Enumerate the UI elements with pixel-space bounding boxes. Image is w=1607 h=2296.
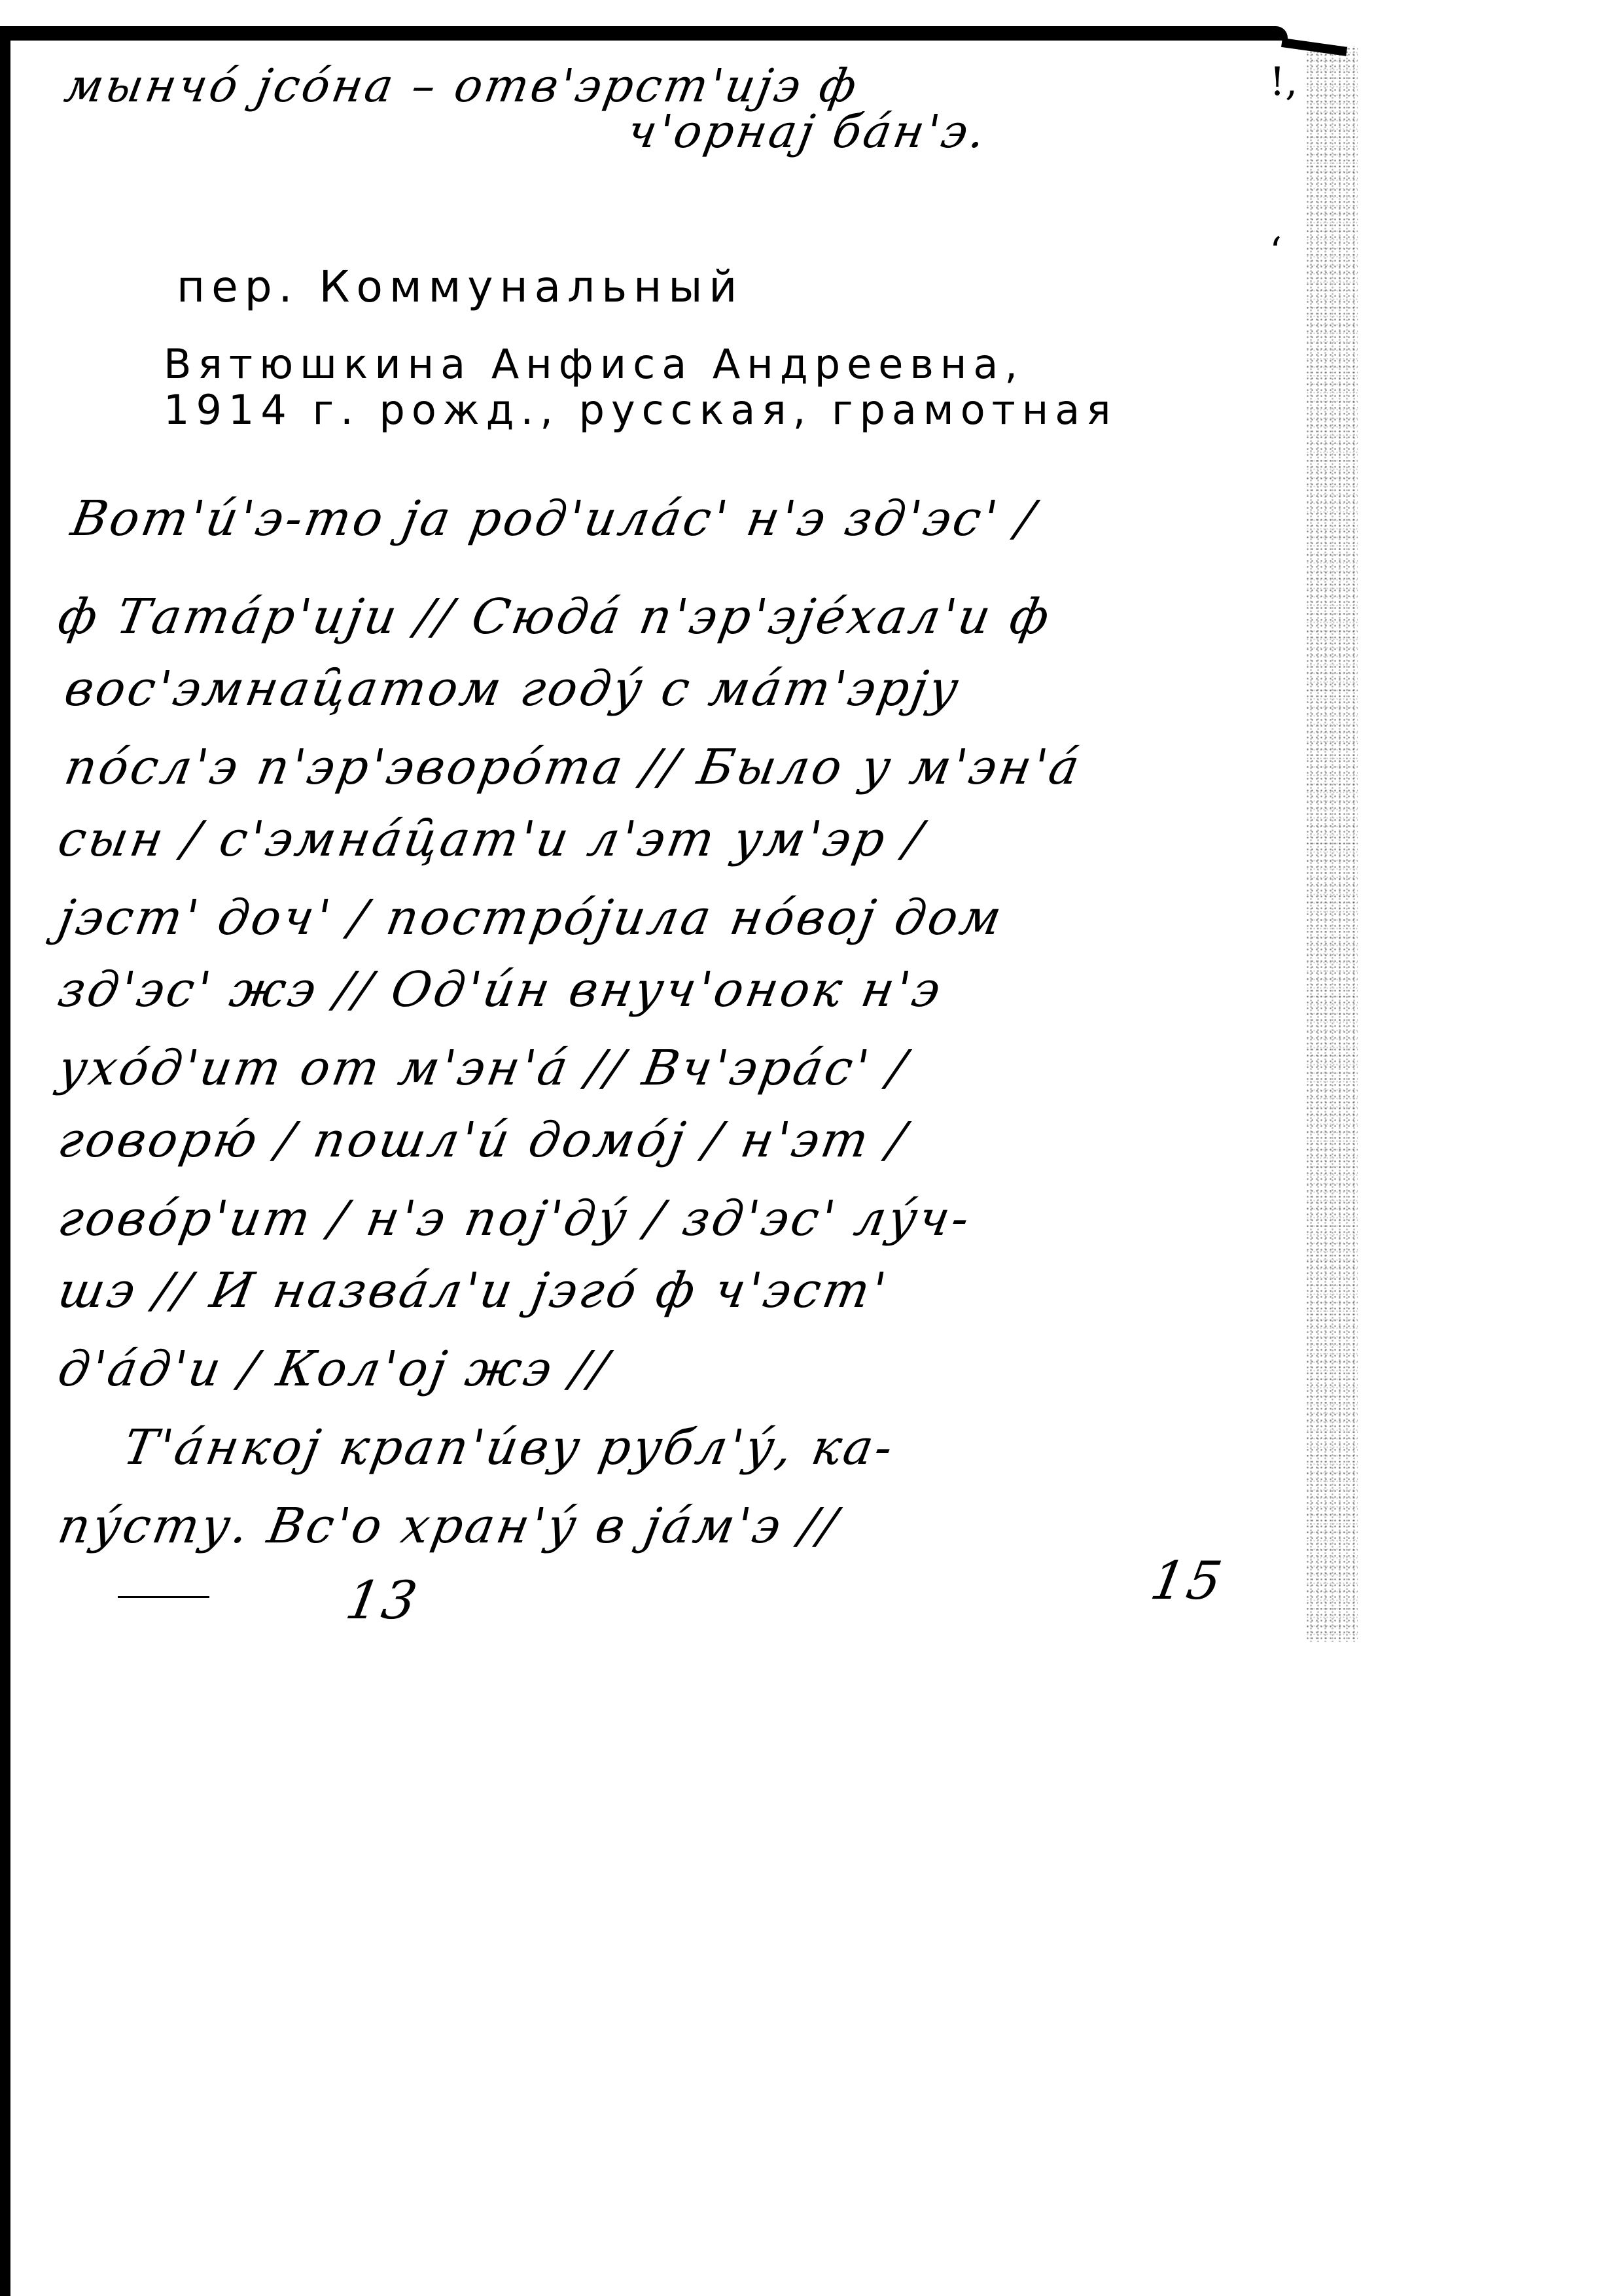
scan-noise-strip [1305,46,1358,1642]
body-line: ухо́д'ит от м'эн'а́ // Вч'эра́с' / [54,1040,912,1096]
body-line: ф Тата́р'ији // Сюда́ п'эр'эје́хал'и ф [54,589,1055,645]
paragraph-2-line: пу́сту. Вс'о хран'у́ в ја́м'э // [54,1498,843,1554]
body-line: говорю́ / пошл'и́ домо́ј / н'эт / [54,1112,912,1168]
body-line: вос'эмнац̑атом году́ с ма́т'эрју [60,661,965,717]
scan-border-top [5,26,1288,41]
body-line: Вот'и́'э-то ја род'ила́с' н'э зд'эс' / [67,491,1041,547]
body-line: по́сл'э п'эр'эворо́та // Было у м'эн'а́ [60,739,1086,795]
scan-border-left [0,26,10,2296]
stray-line [118,1596,209,1598]
page-number-left: 13 [342,1570,424,1631]
margin-mark-top: !, [1269,59,1298,105]
body-line: зд'эс' жэ // Од'и́н внуч'онок н'э [54,962,947,1018]
page-number-right: 15 [1146,1550,1229,1611]
margin-mark-mid: ‘ [1269,229,1282,275]
body-line: сын / с'эмна́ц̑ат'и л'эт ум'эр / [54,811,928,867]
paragraph-2-line: Т'а́нкој крап'и́ву рубл'у́, ка- [119,1419,899,1476]
body-line: јэст' доч' / постро́јила но́вој дом [54,890,1008,946]
body-line: гово́р'ит / н'э пој'ду́ / зд'эс' лу́ч- [54,1191,976,1247]
informant-name: Вятюшкина Анфиса Андреевна, [164,340,1024,388]
informant-details: 1914 г. рожд., русская, грамотная [164,386,1118,434]
top-continuation-line-2: ч'орнај ба́н'э. [624,105,992,158]
location-heading: пер. Коммунальный [177,262,743,312]
body-line: шэ // И назва́л'и јэго́ ф ч'эст' [54,1262,892,1319]
body-line: д'а́д'и / Кол'ој жэ // [54,1341,614,1397]
